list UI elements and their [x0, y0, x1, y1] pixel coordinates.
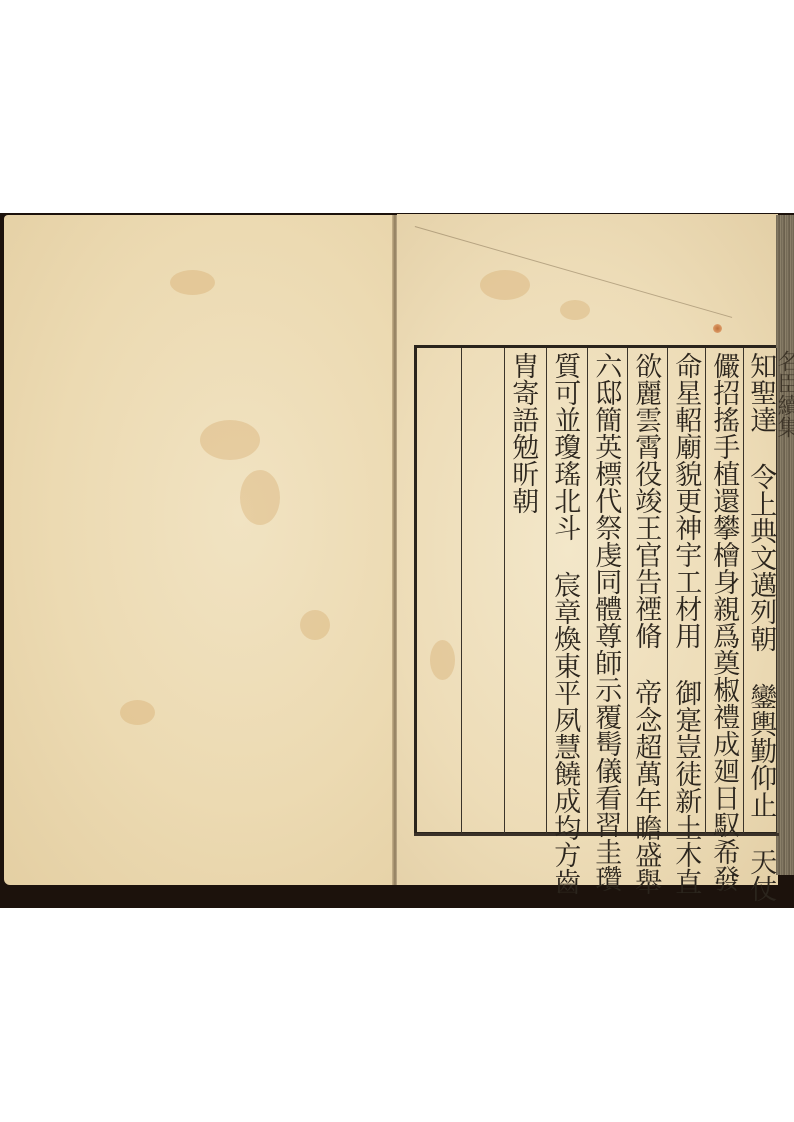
column-text: 鑾輿勤仰止	[745, 683, 775, 818]
column-text: 御寔豈徒新土木直	[670, 679, 700, 895]
foxing-stain	[300, 610, 330, 640]
book-fore-edge	[776, 215, 794, 875]
column-text: 宸章煥東平夙慧饒成均方齒	[549, 571, 579, 895]
column-text: 儼招搖手植還攀檜身親爲奠椒禮成廻日馭希發	[708, 352, 738, 892]
column-text: 胄寄語勉昕朝	[507, 352, 537, 514]
column-text: 質可並瓊瑤北斗	[549, 352, 579, 541]
column-text: 天仗	[745, 848, 775, 902]
foxing-stain	[480, 270, 530, 300]
column-text: 欲麗雲霄役竣王官告禋脩	[630, 352, 660, 649]
column-text: 令上典文邁列朝	[745, 463, 775, 652]
text-column-2: 儼招搖手植還攀檜身親爲奠椒禮成廻日馭希發	[705, 352, 741, 892]
text-column-7: 胄寄語勉昕朝	[504, 352, 540, 514]
stain-dot	[713, 324, 722, 333]
column-divider	[461, 348, 462, 833]
foxing-stain	[170, 270, 215, 295]
foxing-stain	[240, 470, 280, 525]
text-column-4: 欲麗雲霄役竣王官告禋脩 帝念超萬年瞻盛舉	[627, 352, 663, 895]
text-column-1: 知聖達 令上典文邁列朝 鑾輿勤仰止 天仗	[742, 352, 778, 902]
text-column-5: 六邸簡英標代祭虔同體尊師示覆髩儀看習圭瓚	[587, 352, 623, 892]
column-text: 命星軺廟貌更神宇工材用	[670, 352, 700, 649]
left-page	[4, 215, 396, 885]
text-column-6: 質可並瓊瑤北斗 宸章煥東平夙慧饒成均方齒	[546, 352, 582, 895]
foxing-stain	[200, 420, 260, 460]
column-text: 六邸簡英標代祭虔同體尊師示覆髩儀看習圭瓚	[590, 352, 620, 892]
column-text: 帝念超萬年瞻盛舉	[630, 679, 660, 895]
column-text: 知聖達	[745, 352, 775, 433]
foxing-stain	[120, 700, 155, 725]
foxing-stain	[560, 300, 590, 320]
text-column-3: 命星軺廟貌更神宇工材用 御寔豈徒新土木直	[667, 352, 703, 895]
edge-header: 名臣續集	[778, 350, 794, 438]
edge-header-text: 名臣續集	[778, 350, 794, 438]
